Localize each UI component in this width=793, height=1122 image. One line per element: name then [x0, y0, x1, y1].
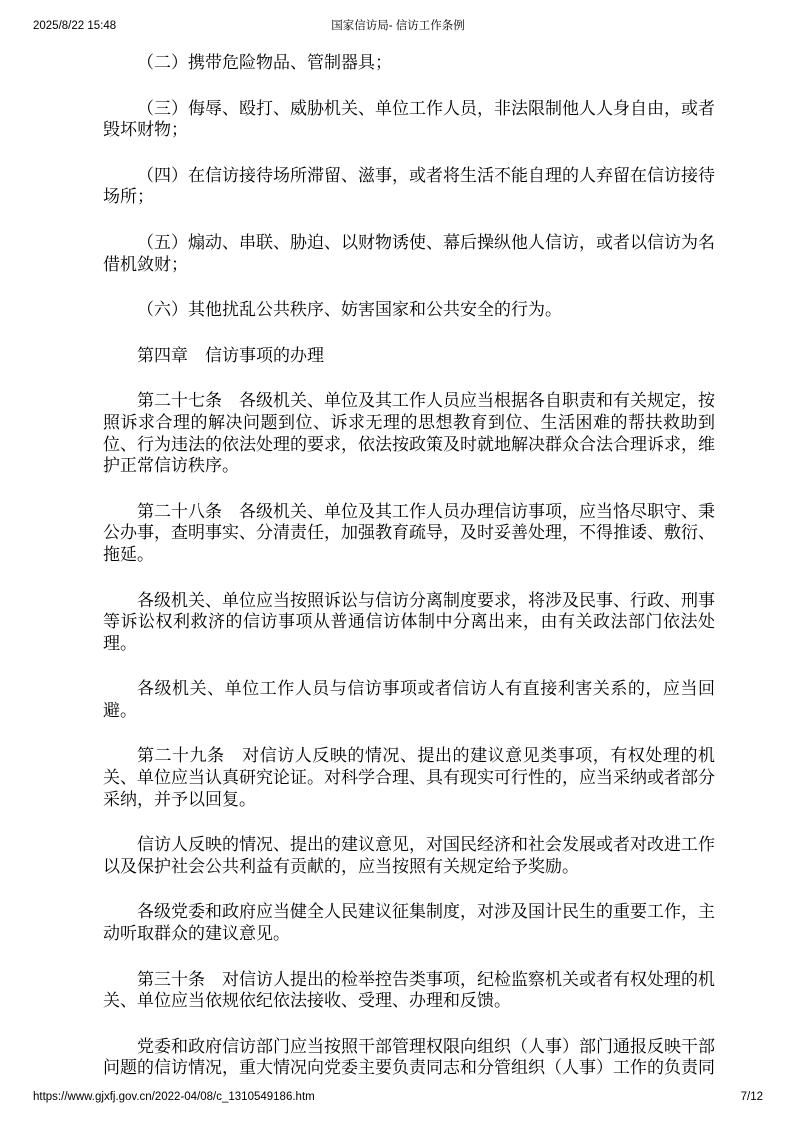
- source-url: https://www.gjxfj.gov.cn/2022-04/08/c_13…: [33, 1090, 315, 1104]
- print-datetime: 2025/8/22 15:48: [33, 19, 116, 34]
- page-indicator: 7/12: [741, 1090, 763, 1104]
- print-page: 2025/8/22 15:48 国家信访局- 信访工作条例 （二）携带危险物品、…: [0, 0, 793, 1122]
- document-title: 国家信访局- 信访工作条例: [331, 19, 465, 34]
- article-paragraph: 各级机关、单位应当按照诉讼与信访分离制度要求，将涉及民事、行政、刑事等诉讼权利救…: [103, 590, 715, 655]
- article-paragraph: （六）其他扰乱公共秩序、妨害国家和公共安全的行为。: [103, 299, 715, 321]
- article-paragraph: 第二十七条 各级机关、单位及其工作人员应当根据各自职责和有关规定，按照诉求合理的…: [103, 390, 715, 476]
- article-paragraph: 信访人反映的情况、提出的建议意见，对国民经济和社会发展或者对改进工作以及保护社会…: [103, 834, 715, 877]
- article-paragraph: 各级机关、单位工作人员与信访事项或者信访人有直接利害关系的，应当回避。: [103, 678, 715, 721]
- article-paragraph: 各级党委和政府应当健全人民建议征集制度，对涉及国计民生的重要工作，主动听取群众的…: [103, 901, 715, 944]
- print-footer: https://www.gjxfj.gov.cn/2022-04/08/c_13…: [33, 1090, 763, 1104]
- article-paragraph: （四）在信访接待场所滞留、滋事，或者将生活不能自理的人弃留在信访接待场所；: [103, 165, 715, 208]
- article-paragraph: 第二十八条 各级机关、单位及其工作人员办理信访事项，应当恪尽职守、秉公办事，查明…: [103, 501, 715, 566]
- article-paragraph: （二）携带危险物品、管制器具；: [103, 52, 715, 74]
- article-paragraph: （五）煽动、串联、胁迫、以财物诱使、幕后操纵他人信访，或者以信访为名借机敛财；: [103, 232, 715, 275]
- article-paragraph: 第二十九条 对信访人反映的情况、提出的建议意见类事项，有权处理的机关、单位应当认…: [103, 745, 715, 810]
- article-body: （二）携带危险物品、管制器具；（三）侮辱、殴打、威胁机关、单位工作人员，非法限制…: [103, 52, 715, 1103]
- article-paragraph: （三）侮辱、殴打、威胁机关、单位工作人员，非法限制他人人身自由，或者毁坏财物；: [103, 98, 715, 141]
- print-header: 2025/8/22 15:48 国家信访局- 信访工作条例: [33, 19, 763, 34]
- article-paragraph: 党委和政府信访部门应当按照干部管理权限向组织（人事）部门通报反映干部问题的信访情…: [103, 1036, 715, 1079]
- chapter-heading: 第四章 信访事项的办理: [103, 345, 715, 367]
- article-paragraph: 第三十条 对信访人提出的检举控告类事项，纪检监察机关或者有权处理的机关、单位应当…: [103, 969, 715, 1012]
